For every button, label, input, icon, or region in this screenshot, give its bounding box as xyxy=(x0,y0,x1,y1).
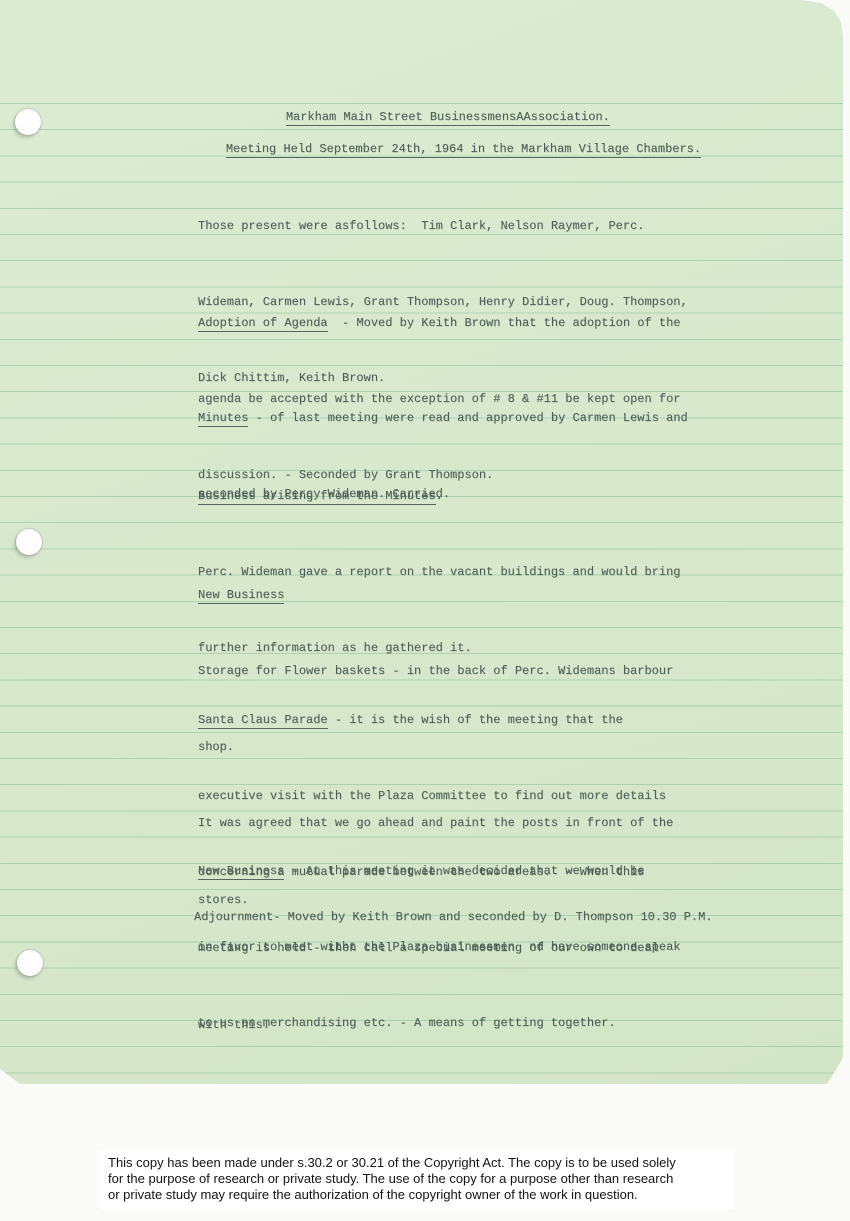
section-heading-line: Adoption of Agenda - Moved by Keith Brow… xyxy=(198,311,680,336)
section-text: . xyxy=(436,489,443,503)
copyright-notice: This copy has been made under s.30.2 or … xyxy=(100,1150,734,1209)
section-new-business-2: New Business - At this meeting it was de… xyxy=(198,808,680,1087)
section-heading-line: Minutes - of last meeting were read and … xyxy=(198,406,688,431)
copyright-notice-line: for the purpose of research or private s… xyxy=(108,1171,726,1187)
section-text-line: executive visit with the Plaza Committee… xyxy=(198,784,666,809)
paper-sheet: Markham Main Street BusinessmensAAssocia… xyxy=(0,0,843,1084)
section-heading-line: Business arising from the Minutes. xyxy=(198,484,680,509)
adjournment-line: Adjournment- Moved by Keith Brown and se… xyxy=(194,905,712,930)
section-text-line: in favor to meet witht the Plaza busines… xyxy=(198,935,680,960)
section-text: - of last meeting were read and approved… xyxy=(248,411,687,425)
punch-hole-top xyxy=(15,109,41,135)
section-text-line: to us on merchandising etc. - A means of… xyxy=(198,1011,680,1036)
section-heading: Santa Claus Parade xyxy=(198,713,328,729)
section-heading: New Business xyxy=(198,588,284,604)
section-heading-line: Santa Claus Parade - it is the wish of t… xyxy=(198,708,666,733)
meeting-subtitle-text: Meeting Held September 24th, 1964 in the… xyxy=(226,142,701,158)
copyright-notice-line: This copy has been made under s.30.2 or … xyxy=(108,1155,726,1171)
attendees-line: Those present were asfollows: Tim Clark,… xyxy=(198,214,688,239)
punch-hole-middle xyxy=(16,529,42,555)
section-text: - Moved by Keith Brown that the adoption… xyxy=(328,316,681,330)
section-heading: Minutes xyxy=(198,411,248,427)
section-text: - At this meeting it was decided that we… xyxy=(284,864,644,878)
section-heading-line: New Business xyxy=(198,583,673,608)
section-heading: Business arising from the Minutes xyxy=(198,489,436,505)
section-heading-line: New Business - At this meeting it was de… xyxy=(198,859,680,884)
section-heading: Adoption of Agenda xyxy=(198,316,328,332)
section-heading: New Business xyxy=(198,864,284,880)
copyright-notice-line: or private study may require the authori… xyxy=(108,1187,726,1203)
section-text: - it is the wish of the meeting that the xyxy=(328,713,623,727)
punch-hole-bottom xyxy=(17,950,43,976)
